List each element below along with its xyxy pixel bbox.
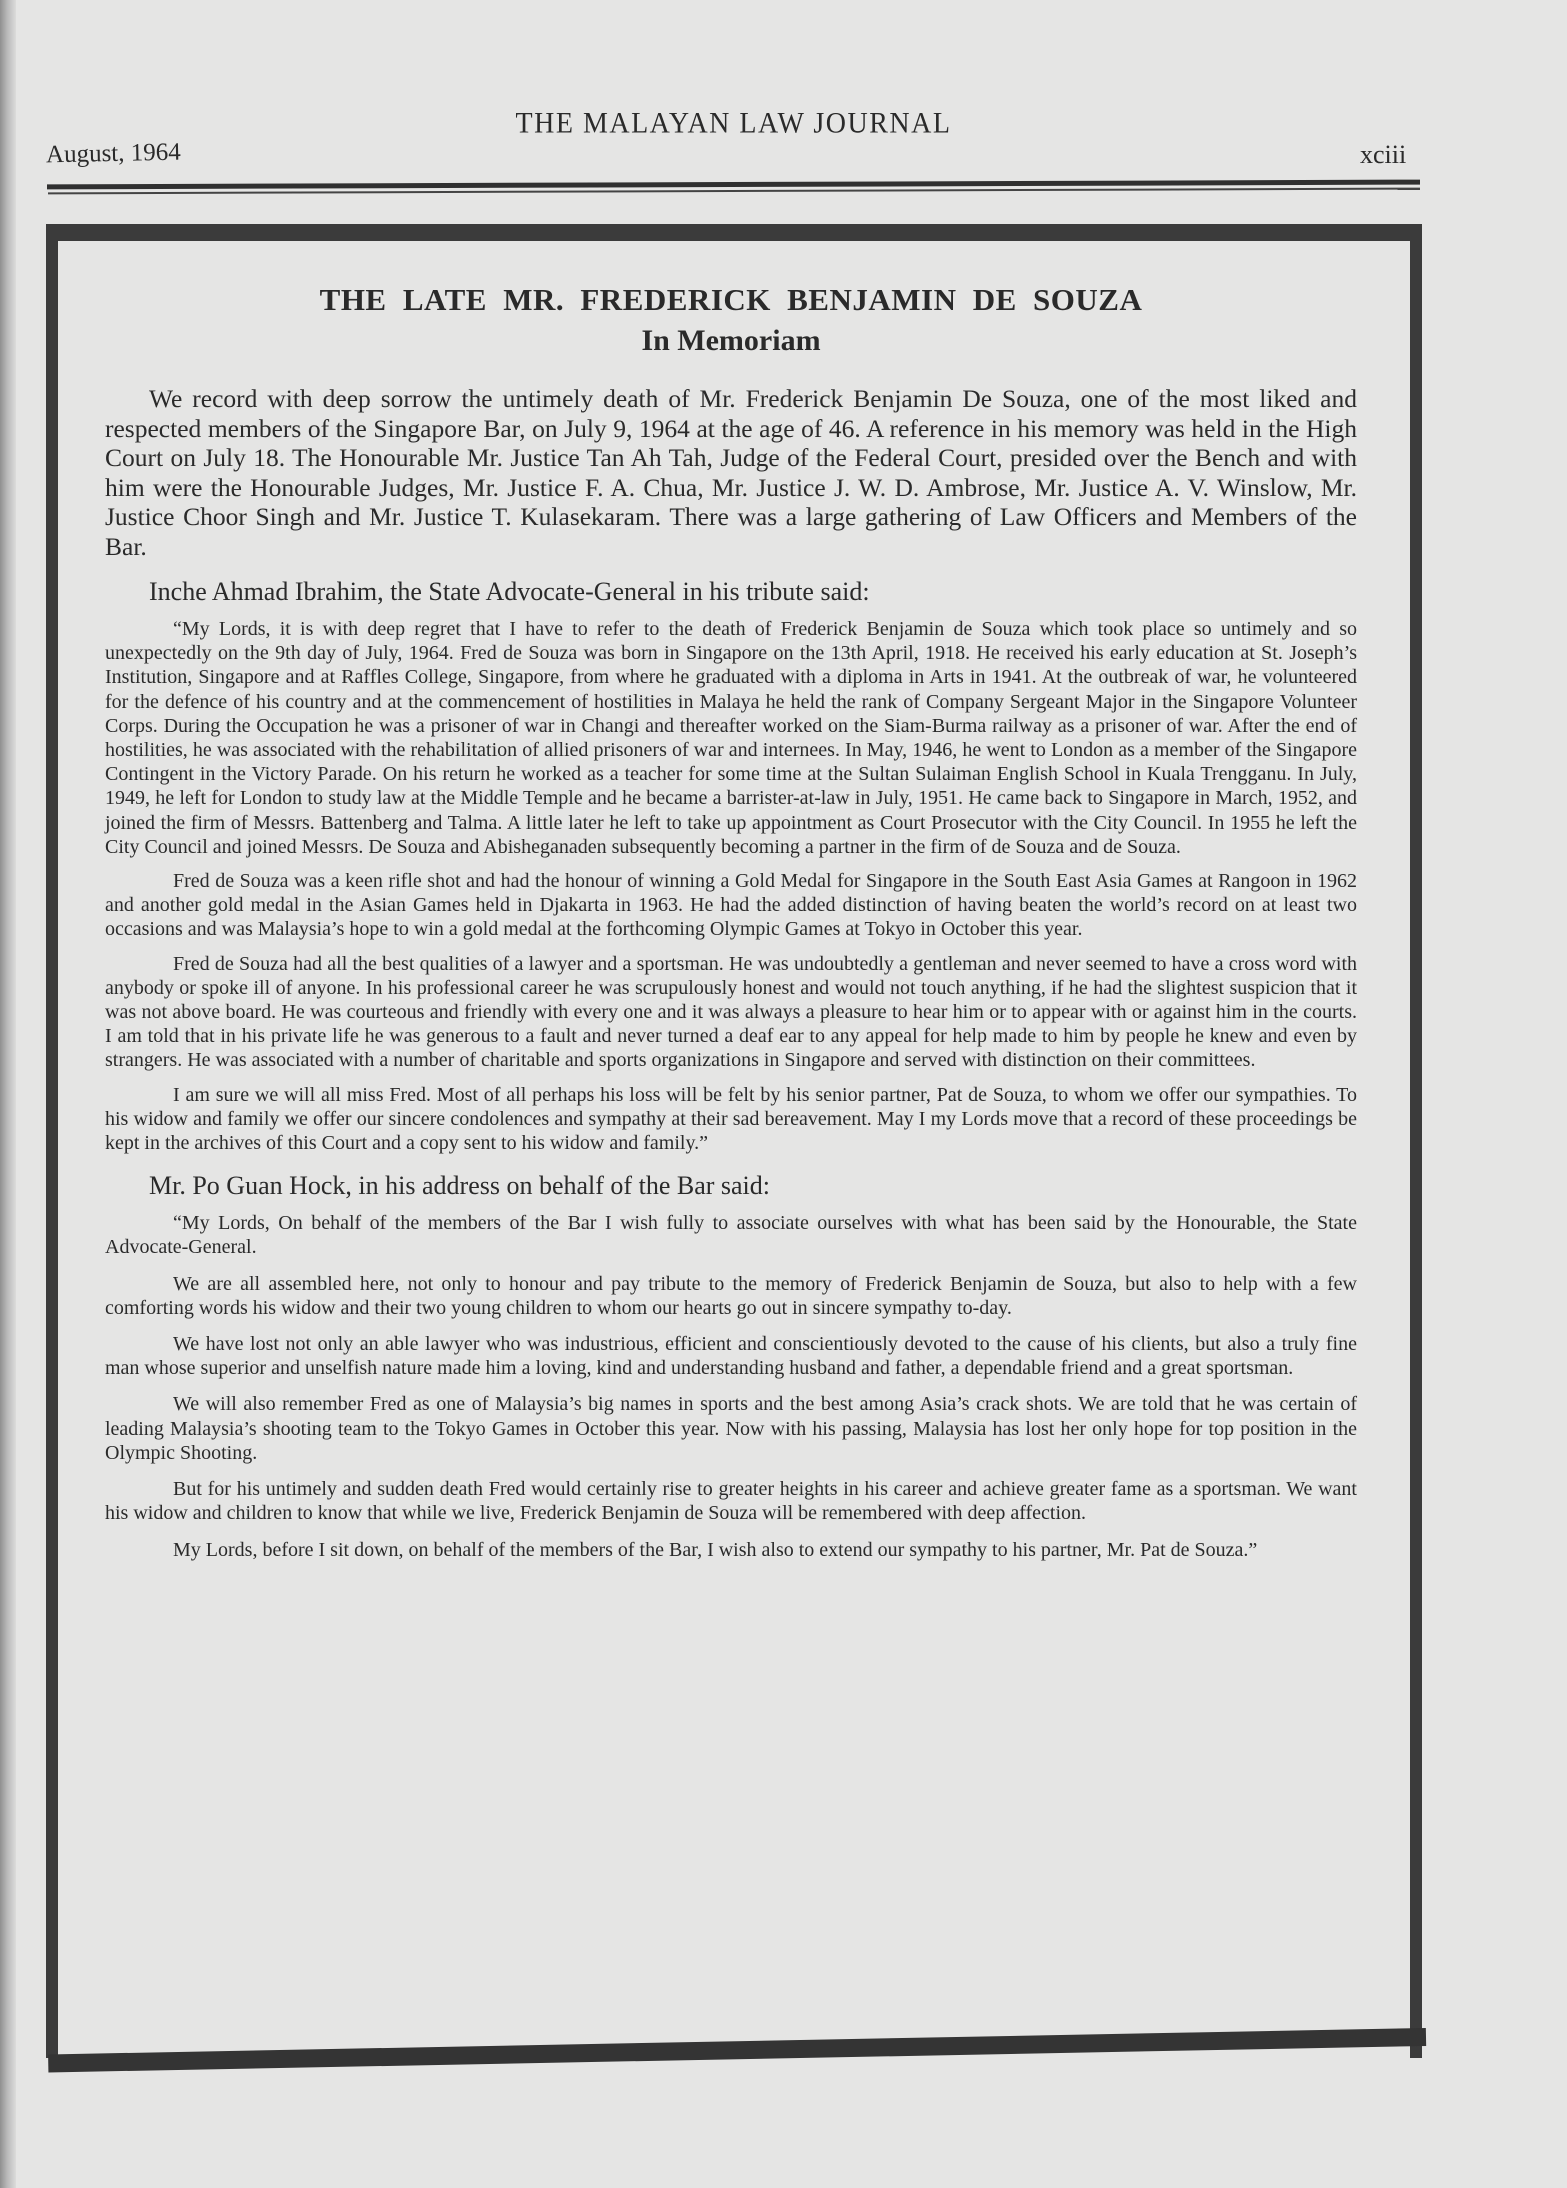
tribute-paragraph: Fred de Souza was a keen rifle shot and … — [105, 869, 1357, 942]
address-paragraph: We are all assembled here, not only to h… — [105, 1272, 1357, 1320]
address-paragraph: My Lords, before I sit down, on behalf o… — [105, 1538, 1357, 1562]
journal-title: THE MALAYAN LAW JOURNAL — [0, 107, 1467, 141]
tribute-paragraph: Fred de Souza had all the best qualities… — [105, 952, 1357, 1073]
tribute-paragraph: I am sure we will all miss Fred. Most of… — [105, 1083, 1357, 1156]
address-paragraph: We have lost not only an able lawyer who… — [105, 1332, 1357, 1380]
tribute-intro: Inche Ahmad Ibrahim, the State Advocate-… — [149, 577, 1357, 607]
lead-paragraph: We record with deep sorrow the untimely … — [105, 384, 1357, 561]
address-paragraph: But for his untimely and sudden death Fr… — [105, 1477, 1357, 1525]
article-title: THE LATE MR. FREDERICK BENJAMIN DE SOUZA — [105, 282, 1357, 318]
address-paragraph: We will also remember Fred as one of Mal… — [105, 1392, 1357, 1465]
page-gutter-shadow — [0, 0, 16, 2188]
address-paragraph: “My Lords, On behalf of the members of t… — [105, 1211, 1357, 1259]
memorial-article: THE LATE MR. FREDERICK BENJAMIN DE SOUZA… — [105, 282, 1357, 1574]
address-intro: Mr. Po Guan Hock, in his address on beha… — [149, 1171, 1357, 1201]
tribute-paragraph: “My Lords, it is with deep regret that I… — [105, 617, 1357, 859]
issue-date: August, 1964 — [46, 139, 181, 170]
page-number: xciii — [1360, 140, 1406, 170]
article-subtitle: In Memoriam — [105, 324, 1357, 358]
